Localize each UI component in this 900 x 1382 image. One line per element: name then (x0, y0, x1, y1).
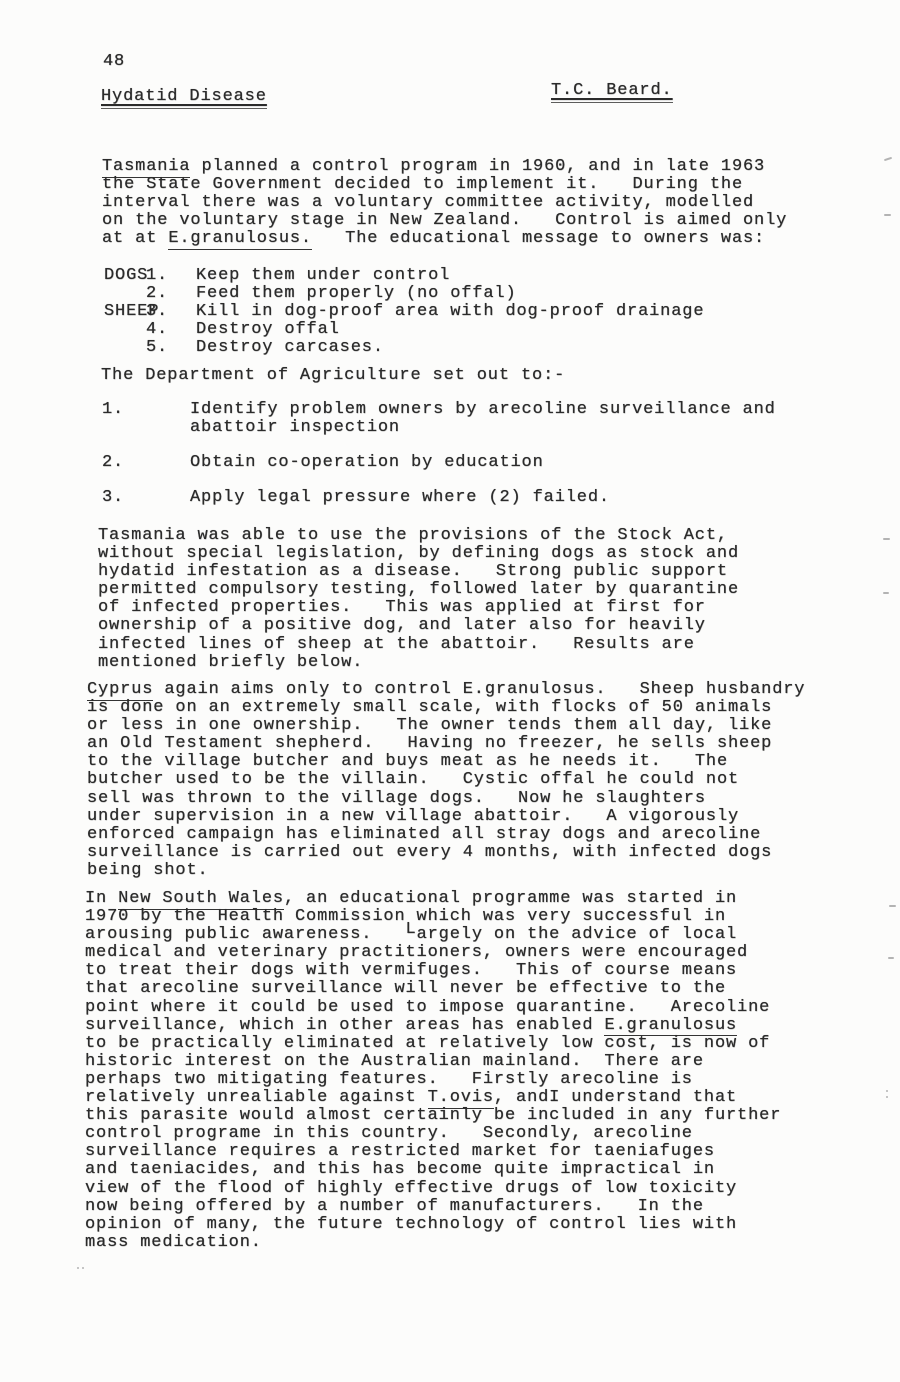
goal-text: Obtain co-operation by education (190, 454, 900, 472)
rule-text: Destroy carcases. (196, 339, 704, 357)
rule-number: 1. (146, 267, 196, 285)
rule-category-label (104, 285, 146, 303)
scan-artifact-mark (888, 957, 894, 959)
document-page: 48 Hydatid Disease T.C. Beard. Tasmania … (0, 0, 900, 1382)
rule-number: 5. (146, 339, 196, 357)
text-segment: The educational message to owners was: (312, 229, 765, 248)
rule-category-label: SHEEP (104, 303, 146, 321)
goal-number: 2. (102, 454, 124, 472)
scan-artifact-mark (884, 157, 892, 161)
rule-number: 3. (146, 303, 196, 321)
text-segment: In (85, 889, 118, 908)
scan-artifact-mark (889, 905, 896, 907)
rule-category-label (104, 321, 146, 339)
underlined-term-e-granulosus: E.granulosus. (168, 229, 312, 250)
rule-number: 2. (146, 285, 196, 303)
paragraph-stock-act: Tasmania was able to use the provisions … (98, 527, 739, 672)
rule-text: Feed them properly (no offal) (196, 285, 704, 303)
text-segment: , andI understand that this parasite wou… (85, 1088, 781, 1252)
raised-typed-letter: L (406, 920, 417, 939)
goal-item: 2.Obtain co-operation by education (102, 454, 900, 472)
goal-item: 1.Identify problem owners by arecoline s… (102, 401, 900, 437)
rule-category-label: DOGS (104, 267, 146, 285)
goal-number: 3. (102, 489, 124, 507)
rule-row: 5.Destroy carcases. (104, 339, 704, 357)
scan-artifact-mark (884, 214, 891, 216)
rule-number: 4. (146, 321, 196, 339)
author-name: T.C. Beard. (551, 82, 673, 103)
rule-row: DOGS1.Keep them under control (104, 267, 704, 285)
scan-artifact-mark (77, 1267, 79, 1269)
paragraph-cyprus: Cyprus again aims only to control E.gran… (87, 681, 805, 880)
rule-text: Keep them under control (196, 267, 704, 285)
rule-text: Destroy offal (196, 321, 704, 339)
rule-row: 2.Feed them properly (no offal) (104, 285, 704, 303)
goal-item: 3.Apply legal pressure where (2) failed. (102, 489, 900, 507)
page-title-text: Hydatid Disease (101, 88, 267, 109)
paragraph-new-south-wales: In New South Wales, an educational progr… (85, 890, 781, 1252)
page-number: 48 (103, 53, 125, 71)
rule-row: SHEEP3.Kill in dog-proof area with dog-p… (104, 303, 704, 321)
page-title: Hydatid Disease (101, 88, 267, 109)
goal-text: Identify problem owners by arecoline sur… (190, 401, 900, 437)
scan-artifact-mark (883, 538, 890, 540)
rule-row: 4.Destroy offal (104, 321, 704, 339)
paragraph-tasmania-intro: Tasmania planned a control program in 19… (102, 158, 787, 248)
scan-artifact-mark (82, 1267, 84, 1269)
rule-category-label (104, 339, 146, 357)
text-segment: again aims only to control E.granulosus.… (87, 680, 805, 880)
owner-message-list: DOGS1.Keep them under control 2.Feed the… (104, 267, 704, 357)
author-name-text: T.C. Beard. (551, 82, 673, 103)
department-intro-line: The Department of Agriculture set out to… (101, 367, 565, 385)
scan-artifact-mark (886, 1090, 888, 1092)
scan-artifact-mark (886, 1096, 888, 1098)
rule-text: Kill in dog-proof area with dog-proof dr… (196, 303, 704, 321)
scan-artifact-mark (883, 592, 889, 594)
goal-text: Apply legal pressure where (2) failed. (190, 489, 900, 507)
goal-number: 1. (102, 401, 124, 419)
